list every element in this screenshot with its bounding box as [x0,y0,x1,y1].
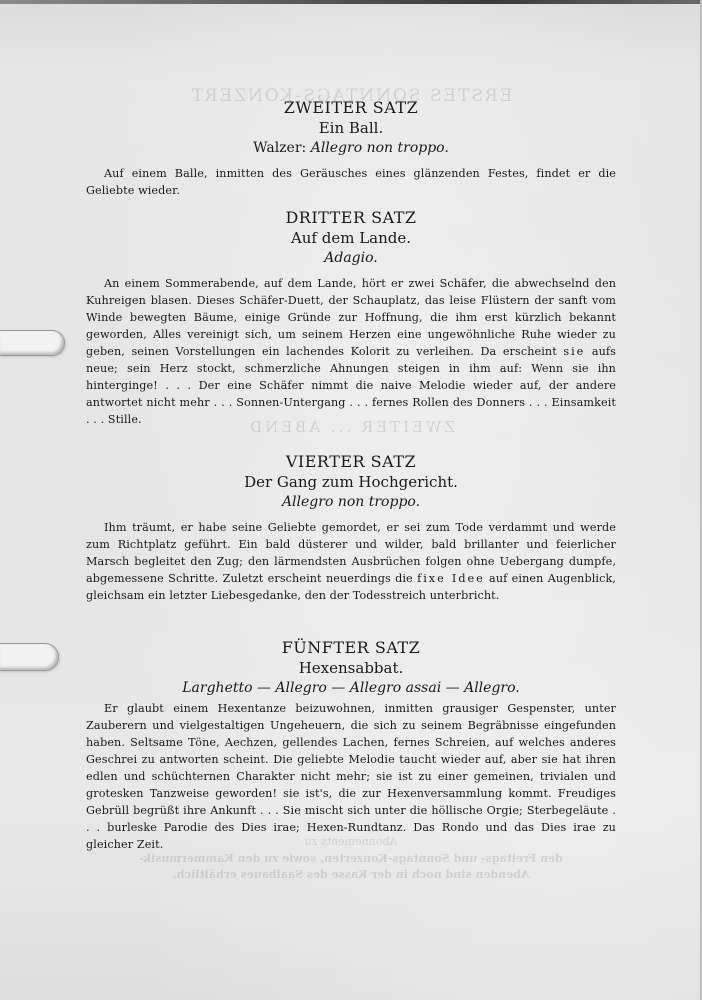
tempo-marking: Allegro non troppo. [311,140,449,156]
movement-subtitle: Auf dem Lande. [86,228,616,248]
movement-tempo: Larghetto — Allegro — Allegro assai — Al… [86,678,616,698]
movement-subtitle: Der Gang zum Hochgericht. [86,472,616,492]
movement-4-description: Ihm träumt, er habe seine Geliebte gemor… [86,519,616,604]
movement-subtitle: Hexensabbat. [86,658,616,678]
movement-2-header: ZWEITER SATZ Ein Ball. Walzer: Allegro n… [86,98,616,158]
movement-5-header: FÜNFTER SATZ Hexensabbat. Larghetto — Al… [86,638,616,698]
movement-3-header: DRITTER SATZ Auf dem Lande. Adagio. [86,208,616,268]
movement-title: VIERTER SATZ [86,452,616,472]
movement-tempo: Allegro non troppo. [86,492,616,512]
movement-title: DRITTER SATZ [86,208,616,228]
emphasized-text: fixe Idee [417,572,485,585]
movement-2-description: Auf einem Balle, inmitten des Geräusches… [86,165,616,199]
punch-hole [0,330,65,356]
text-run: An einem Sommerabende, auf dem Lande, hö… [86,277,616,358]
movement-tempo: Adagio. [86,248,616,268]
emphasized-text: sie [563,345,585,358]
movement-5-description: Er glaubt einem Hexentanze beizuwohnen, … [86,700,616,853]
movement-3-description: An einem Sommerabende, auf dem Lande, hö… [86,275,616,428]
movement-title: ZWEITER SATZ [86,98,616,118]
page-top-edge [0,0,702,4]
movement-title: FÜNFTER SATZ [86,638,616,658]
punch-hole [0,643,59,671]
bleed-through-text: Abenden sind noch in der Kasse des Saalb… [0,868,702,881]
scanned-page: ERSTES SONNTAGS-KONZERT ZWEITER ... ABEN… [0,0,702,1000]
movement-4-header: VIERTER SATZ Der Gang zum Hochgericht. A… [86,452,616,512]
tempo-lead: Walzer: [253,140,311,156]
program-notes: ZWEITER SATZ Ein Ball. Walzer: Allegro n… [86,98,616,853]
bleed-through-text: den Freitags- und Sonntags-Konzerten, so… [0,852,702,865]
movement-subtitle: Ein Ball. [86,118,616,138]
movement-tempo: Walzer: Allegro non troppo. [86,138,616,158]
